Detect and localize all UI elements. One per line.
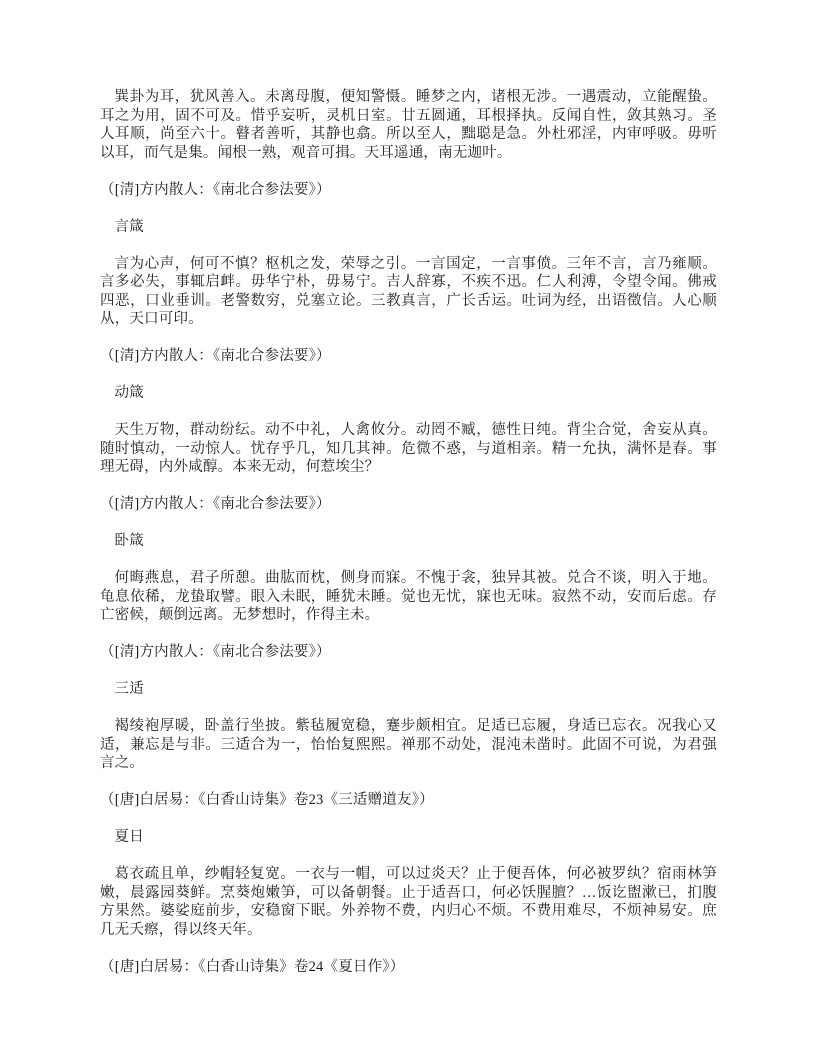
body-paragraph: 褐绫袍厚暖，卧盖行坐披。紫毡履宽稳，蹇步颇相宜。足适已忘履，身适已忘衣。况我心又… xyxy=(100,717,717,773)
section-heading: 言箴 xyxy=(100,218,717,237)
section-heading: 夏日 xyxy=(100,828,717,847)
body-paragraph: 言为心声，何可不慎？枢机之发，荣辱之引。一言国定，一言事偾。三年不言，言乃雍顺。… xyxy=(100,255,717,329)
source-citation: （[清]方内散人：《南北合参法要》） xyxy=(100,347,717,366)
body-paragraph: 葛衣疏且单，纱帽轻复宽。一衣与一帽，可以过炎天？止于便吾体，何必被罗纨？宿雨林笋… xyxy=(100,865,717,939)
body-paragraph: 何晦燕息，君子所憩。曲肱而枕，侧身而寐。不愧于衾，独异其被。兑合不谈，明入于地。… xyxy=(100,569,717,625)
source-citation: （[清]方内散人：《南北合参法要》） xyxy=(100,643,717,662)
source-citation: （[清]方内散人：《南北合参法要》） xyxy=(100,495,717,514)
source-citation: （[唐]白居易：《白香山诗集》卷23《三适赠道友》） xyxy=(100,791,717,810)
body-paragraph: 巽卦为耳，犹风善入。未离母腹，便知警慑。睡梦之内，诸根无涉。一遇震动，立能醒蛰。… xyxy=(100,88,717,162)
section-heading: 动箴 xyxy=(100,384,717,403)
document-page: 巽卦为耳，犹风善入。未离母腹，便知警慑。睡梦之内，诸根无涉。一遇震动，立能醒蛰。… xyxy=(0,0,816,1056)
document-content: 巽卦为耳，犹风善入。未离母腹，便知警慑。睡梦之内，诸根无涉。一遇震动，立能醒蛰。… xyxy=(100,88,717,976)
source-citation: （[唐]白居易：《白香山诗集》卷24《夏日作》） xyxy=(100,958,717,977)
body-paragraph: 天生万物，群动纷纭。动不中礼，人禽攸分。动罔不臧，德性日纯。背尘合觉，舍妄从真。… xyxy=(100,421,717,477)
section-heading: 三适 xyxy=(100,680,717,699)
section-heading: 卧箴 xyxy=(100,532,717,551)
source-citation: （[清]方内散人：《南北合参法要》） xyxy=(100,181,717,200)
